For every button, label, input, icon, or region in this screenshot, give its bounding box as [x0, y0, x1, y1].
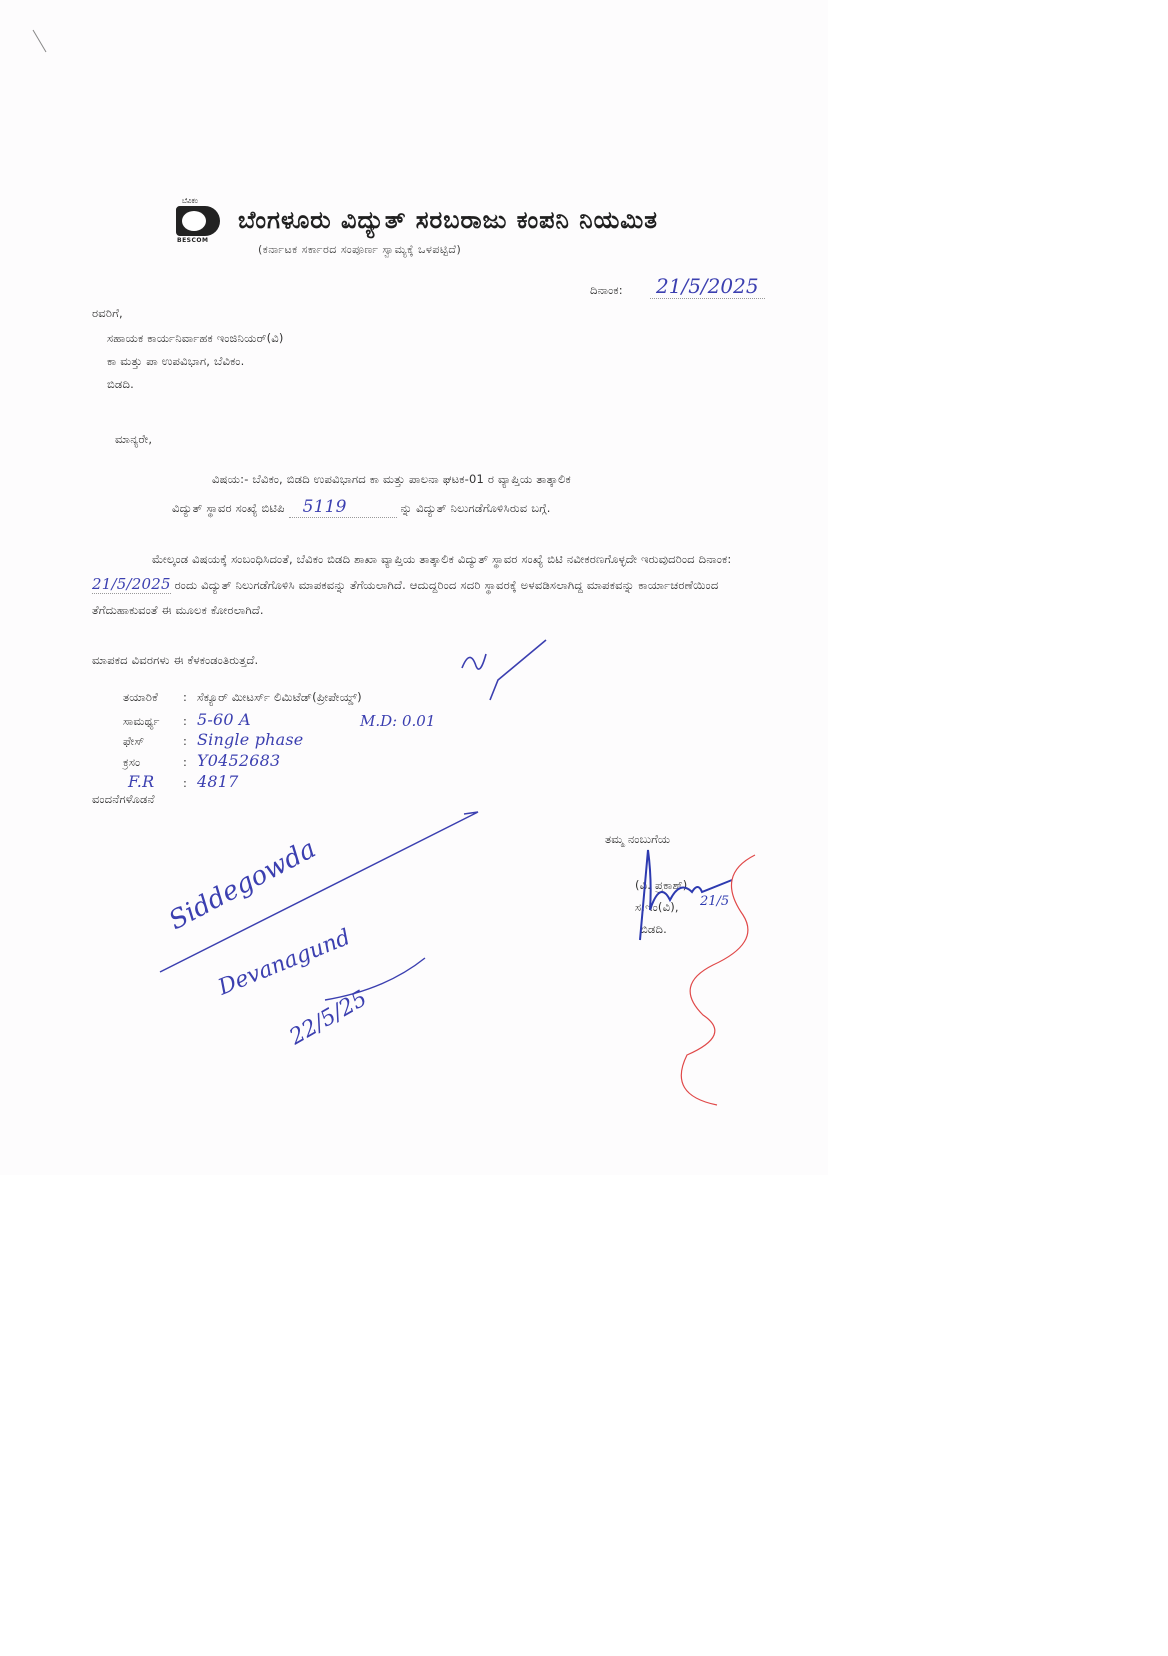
meter-detail-row: ಸಾಮರ್ಥ್ಯ:5-60 A: [123, 710, 251, 729]
detail-label: ಫೇಸ್: [123, 734, 183, 749]
detail-label: F.R: [128, 772, 183, 791]
closing-regards: ವಂದನೆಗಳೊಡನೆ: [92, 792, 155, 807]
logo-brand: BESCOM: [177, 237, 208, 244]
date-value: 21/5/2025: [650, 274, 765, 299]
recipient-line: ಸಹಾಯಕ ಕಾರ್ಯನಿರ್ವಾಹಕ ಇಂಜಿನಿಯರ್(ವಿ): [107, 331, 284, 346]
meter-detail-row: ಫೇಸ್:Single phase: [123, 730, 303, 749]
detail-label: ಕ್ರಸಂ: [123, 755, 183, 770]
detail-value: Single phase: [197, 730, 303, 749]
meter-detail-row: ಕ್ರಸಂ:Y0452683: [123, 751, 280, 770]
letter-page: ಬೆವಿಕಂ BESCOM ಬೆಂಗಳೂರು ವಿದ್ಯುತ್ ಸರಬರಾಜು …: [0, 0, 828, 1175]
subject-line-1: ವಿಷಯ:- ಬೆವಿಕಂ, ಬಿಡದಿ ಉಪವಿಭಾಗದ ಕಾ ಮತ್ತು ಪ…: [212, 472, 571, 487]
endorsement-text: Devanagund: [214, 925, 354, 1001]
date-label: ದಿನಾಂಕ:: [590, 283, 623, 298]
closing-yours: ತಮ್ಮ ನಂಬುಗೆಯ: [605, 832, 670, 847]
meter-detail-row: F.R:4817: [128, 772, 239, 791]
subject-line-2: ವಿದ್ಯುತ್ ಸ್ಥಾವರ ಸಂಖ್ಯೆ ಬಿಟಿಪಿ 5119 ನ್ನು …: [172, 497, 551, 517]
detail-value: 5-60 A: [197, 710, 251, 729]
endorsement-date: 22/5/25: [285, 986, 372, 1051]
initials-tick-icon: [462, 640, 546, 700]
recipient-to: ರವರಿಗೆ,: [92, 306, 123, 321]
scan-mark: [33, 30, 46, 52]
detail-label: ಸಾಮರ್ಥ್ಯ: [123, 714, 183, 729]
subject-suffix: ನ್ನು ವಿದ್ಯುತ್ ನಿಲುಗಡೆಗೊಳಿಸಿರುವ ಬಗ್ಗೆ.: [401, 501, 551, 515]
signatory-name: (ವಿ. ಪ್ರಕಾಶ್): [635, 878, 687, 893]
detail-value: 4817: [197, 772, 239, 791]
meter-detail-row: ತಯಾರಿಕೆ:ಸೆಕ್ಯೂರ್ ಮೀಟರ್ಸ್ ಲಿಮಿಟೆಡ್(ಪ್ರೀಪೇ…: [123, 690, 362, 705]
bescom-logo: ಬೆವಿಕಂ BESCOM: [174, 197, 230, 245]
body-paragraph: ಮೇಲ್ಕಂಡ ವಿಷಯಕ್ಕೆ ಸಂಬಂಧಿಸಿದಂತೆ, ಬೆವಿಕಂ ಬಿ…: [92, 547, 732, 623]
recipient-line: ಕಾ ಮತ್ತು ಪಾ ಉಪವಿಭಾಗ, ಬೆವಿಕಂ.: [107, 354, 244, 369]
bescom-b-icon: [176, 206, 220, 236]
signature-date: 21/5: [699, 894, 729, 909]
endorsement-text: Siddegowda: [164, 834, 321, 936]
detail-value: ಸೆಕ್ಯೂರ್ ಮೀಟರ್ಸ್ ಲಿಮಿಟೆಡ್(ಪ್ರೀಪೇಯ್ಡ್): [197, 690, 362, 704]
red-bracket-mark: [681, 855, 755, 1105]
detail-label: ತಯಾರಿಕೆ: [123, 690, 183, 705]
meter-details-intro: ಮಾಪಕದ ವಿವರಗಳು ಈ ಕೆಳಕಂಡಂತಿರುತ್ತದೆ.: [92, 653, 258, 668]
company-name: ಬೆಂಗಳೂರು ವಿದ್ಯುತ್ ಸರಬರಾಜು ಕಂಪನಿ ನಿಯಮಿತ: [238, 206, 658, 234]
md-note: M.D: 0.01: [360, 712, 435, 730]
body-date: 21/5/2025: [92, 575, 171, 594]
company-subtitle: (ಕರ್ನಾಟಕ ಸರ್ಕಾರದ ಸಂಪೂರ್ಣ ಸ್ವಾಮ್ಯಕ್ಕೆ ಒಳಪ…: [258, 243, 461, 257]
signatory-designation: ಸ.ಇಂ(ವಿ),: [635, 900, 679, 915]
installation-number: 5119: [289, 497, 397, 518]
signatory-place: ಬಿಡದಿ.: [640, 922, 667, 937]
detail-value: Y0452683: [197, 751, 280, 770]
body-text-1: ಮೇಲ್ಕಂಡ ವಿಷಯಕ್ಕೆ ಸಂಬಂಧಿಸಿದಂತೆ, ಬೆವಿಕಂ ಬಿ…: [152, 552, 731, 566]
recipient-line: ಬಿಡದಿ.: [107, 377, 134, 392]
body-text-2: ರಂದು ವಿದ್ಯುತ್ ನಿಲುಗಡೆಗೊಳಿಸಿ ಮಾಪಕವನ್ನು ತೆ…: [92, 578, 718, 617]
diagonal-strike: [160, 812, 478, 972]
salutation: ಮಾನ್ಯರೇ,: [115, 432, 152, 447]
subject-prefix: ವಿದ್ಯುತ್ ಸ್ಥಾವರ ಸಂಖ್ಯೆ ಬಿಟಿಪಿ: [172, 501, 285, 515]
logo-caption: ಬೆವಿಕಂ: [182, 197, 198, 206]
